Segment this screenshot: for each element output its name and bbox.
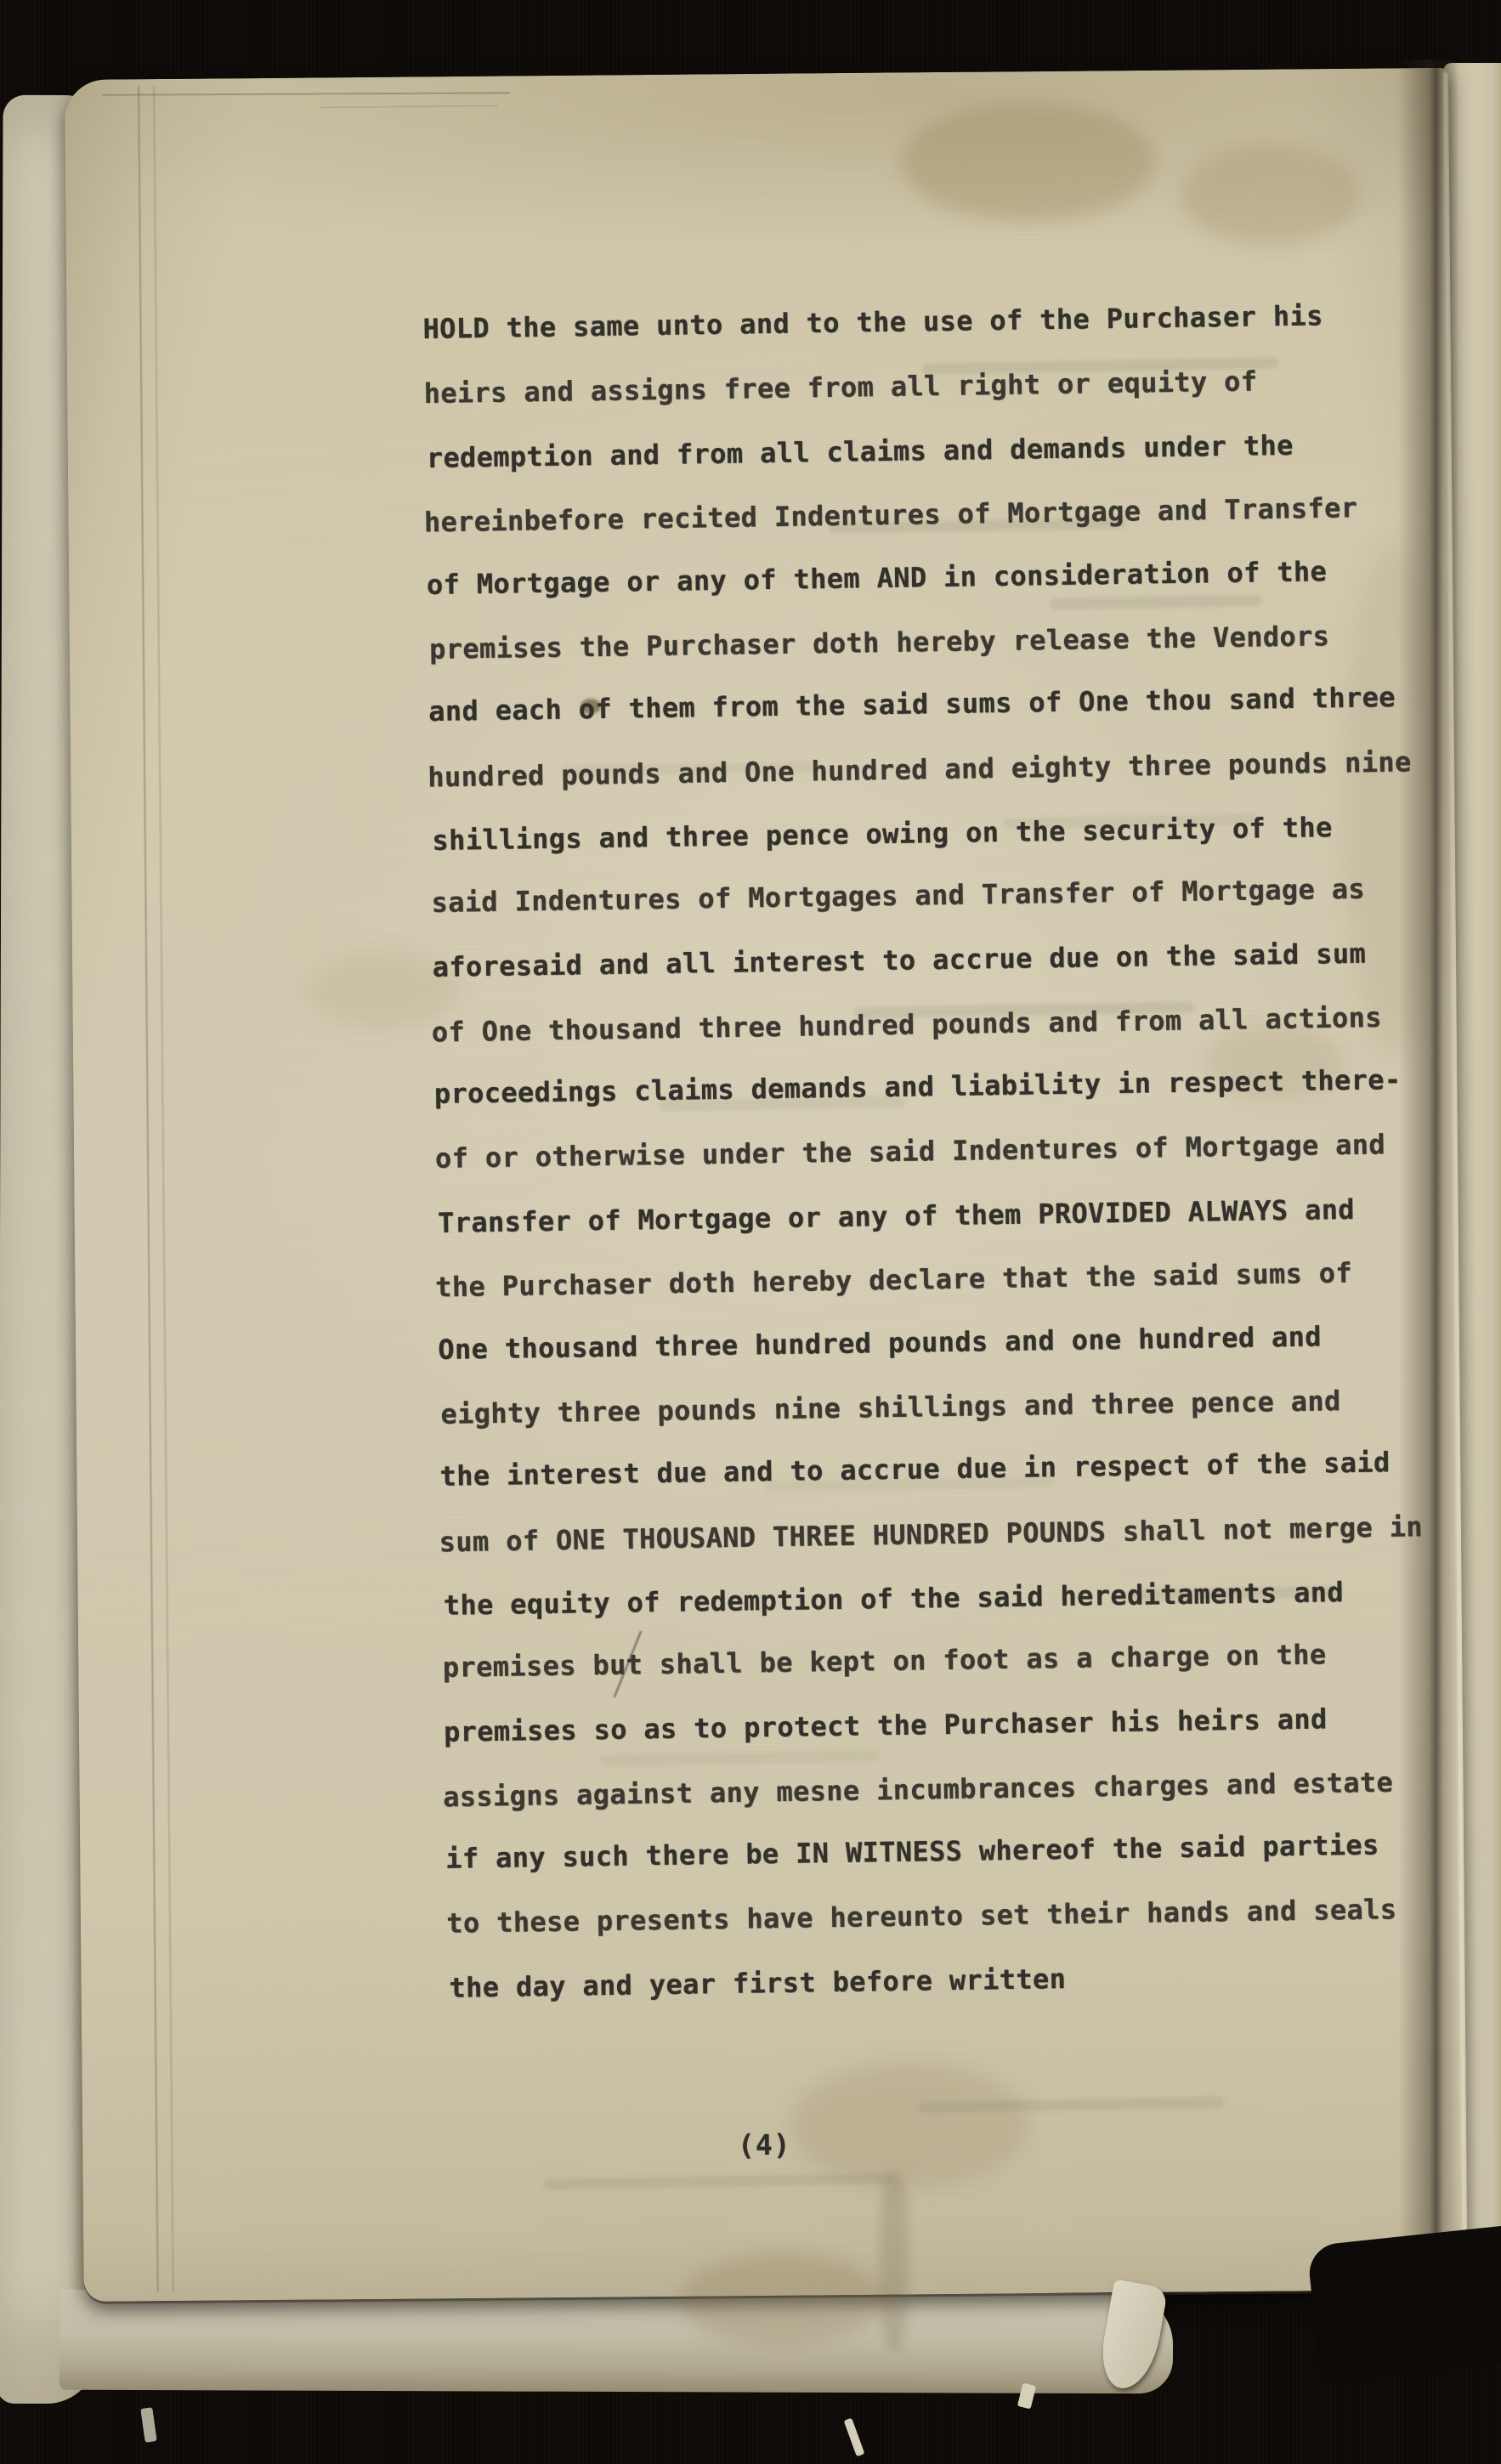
torn-paper-scrap (844, 2418, 865, 2457)
torn-corner-gap (1306, 2225, 1501, 2382)
book-photograph: HOLD the same unto and to the use of the… (0, 0, 1501, 2464)
page-stack-line (320, 105, 498, 109)
page-number: (4) (738, 2128, 791, 2162)
page-stack-line (153, 86, 174, 2292)
bottom-underlying-page-edge (59, 2290, 1173, 2394)
torn-paper-scrap (140, 2407, 156, 2443)
page-stack-line (102, 92, 510, 96)
typed-text-block: HOLD the same unto and to the use of the… (422, 284, 1431, 2019)
